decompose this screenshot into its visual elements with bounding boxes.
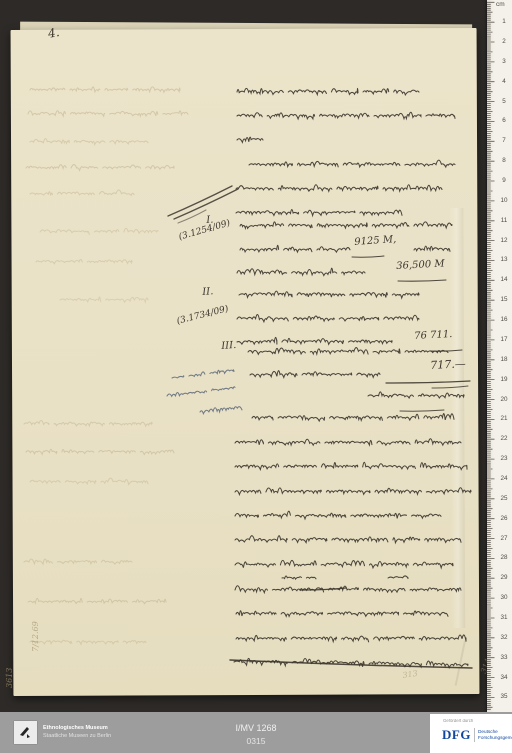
- ruler-cm-number: 22: [497, 436, 511, 442]
- ruler-cm-number: 7: [497, 138, 511, 144]
- ruler-cm-number: 1: [497, 19, 511, 25]
- ruler-cm-number: 11: [497, 218, 511, 224]
- ruler-cm-number: 4: [497, 79, 511, 85]
- ruler-unit-label: cm: [496, 1, 505, 8]
- ruler-cm-number: 35: [497, 694, 511, 700]
- ruler-cm-number: 31: [497, 615, 511, 621]
- scan-viewport: { "palette": { "ink": "#3c362e", "bleed"…: [0, 0, 512, 753]
- ruler-cm-number: 26: [497, 516, 511, 522]
- ruler-cm-number: 3: [497, 59, 511, 65]
- ruler-cm-number: 25: [497, 496, 511, 502]
- ruler-cm-number: 20: [497, 397, 511, 403]
- ruler-cm-number: 2: [497, 39, 511, 45]
- ruler-cm-number: 30: [497, 595, 511, 601]
- dfg-org-line2: Forschungsgemeinschaft: [478, 735, 512, 741]
- ruler-cm-number: 34: [497, 675, 511, 681]
- ruler-cm-number: 9: [497, 178, 511, 184]
- ruler-cm-number: 18: [497, 357, 511, 363]
- manuscript-page: [11, 28, 480, 696]
- paper-crease: [449, 208, 465, 628]
- ruler-cm-number: 32: [497, 635, 511, 641]
- dfg-logo: DFG: [442, 727, 471, 743]
- paper-corner-wrinkle: [455, 640, 466, 685]
- funding-note: Gefördert durch: [443, 719, 473, 723]
- dfg-funding-card: Gefördert durch DFG Deutsche Forschungsg…: [430, 714, 512, 753]
- ruler-cm-number: 12: [497, 238, 511, 244]
- ruler-cm-number: 19: [497, 377, 511, 383]
- digitization-footer-bar: Ethnologisches Museum Staatliche Museen …: [0, 712, 512, 753]
- ruler-cm-number: 16: [497, 317, 511, 323]
- ruler-cm-number: 23: [497, 456, 511, 462]
- ruler-cm-number: 24: [497, 476, 511, 482]
- dfg-org-name: Deutsche Forschungsgemeinschaft: [478, 729, 512, 741]
- ruler-cm-number: 5: [497, 99, 511, 105]
- ruler-cm-number: 15: [497, 297, 511, 303]
- measuring-ruler: cm 1234567891011121314151617181920212223…: [487, 0, 512, 712]
- ruler-cm-number: 8: [497, 158, 511, 164]
- ruler-cm-number: 13: [497, 257, 511, 263]
- ruler-cm-number: 14: [497, 277, 511, 283]
- ruler-cm-number: 21: [497, 416, 511, 422]
- dfg-logo-divider: [474, 728, 475, 742]
- dfg-org-line1: Deutsche: [478, 729, 512, 735]
- ruler-cm-number: 10: [497, 198, 511, 204]
- ruler-tick-marks: [487, 2, 495, 709]
- ruler-cm-number: 28: [497, 555, 511, 561]
- ruler-cm-number: 17: [497, 337, 511, 343]
- ruler-cm-number: 27: [497, 536, 511, 542]
- ruler-cm-number: 33: [497, 655, 511, 661]
- ruler-cm-number: 6: [497, 118, 511, 124]
- ruler-cm-number: 29: [497, 575, 511, 581]
